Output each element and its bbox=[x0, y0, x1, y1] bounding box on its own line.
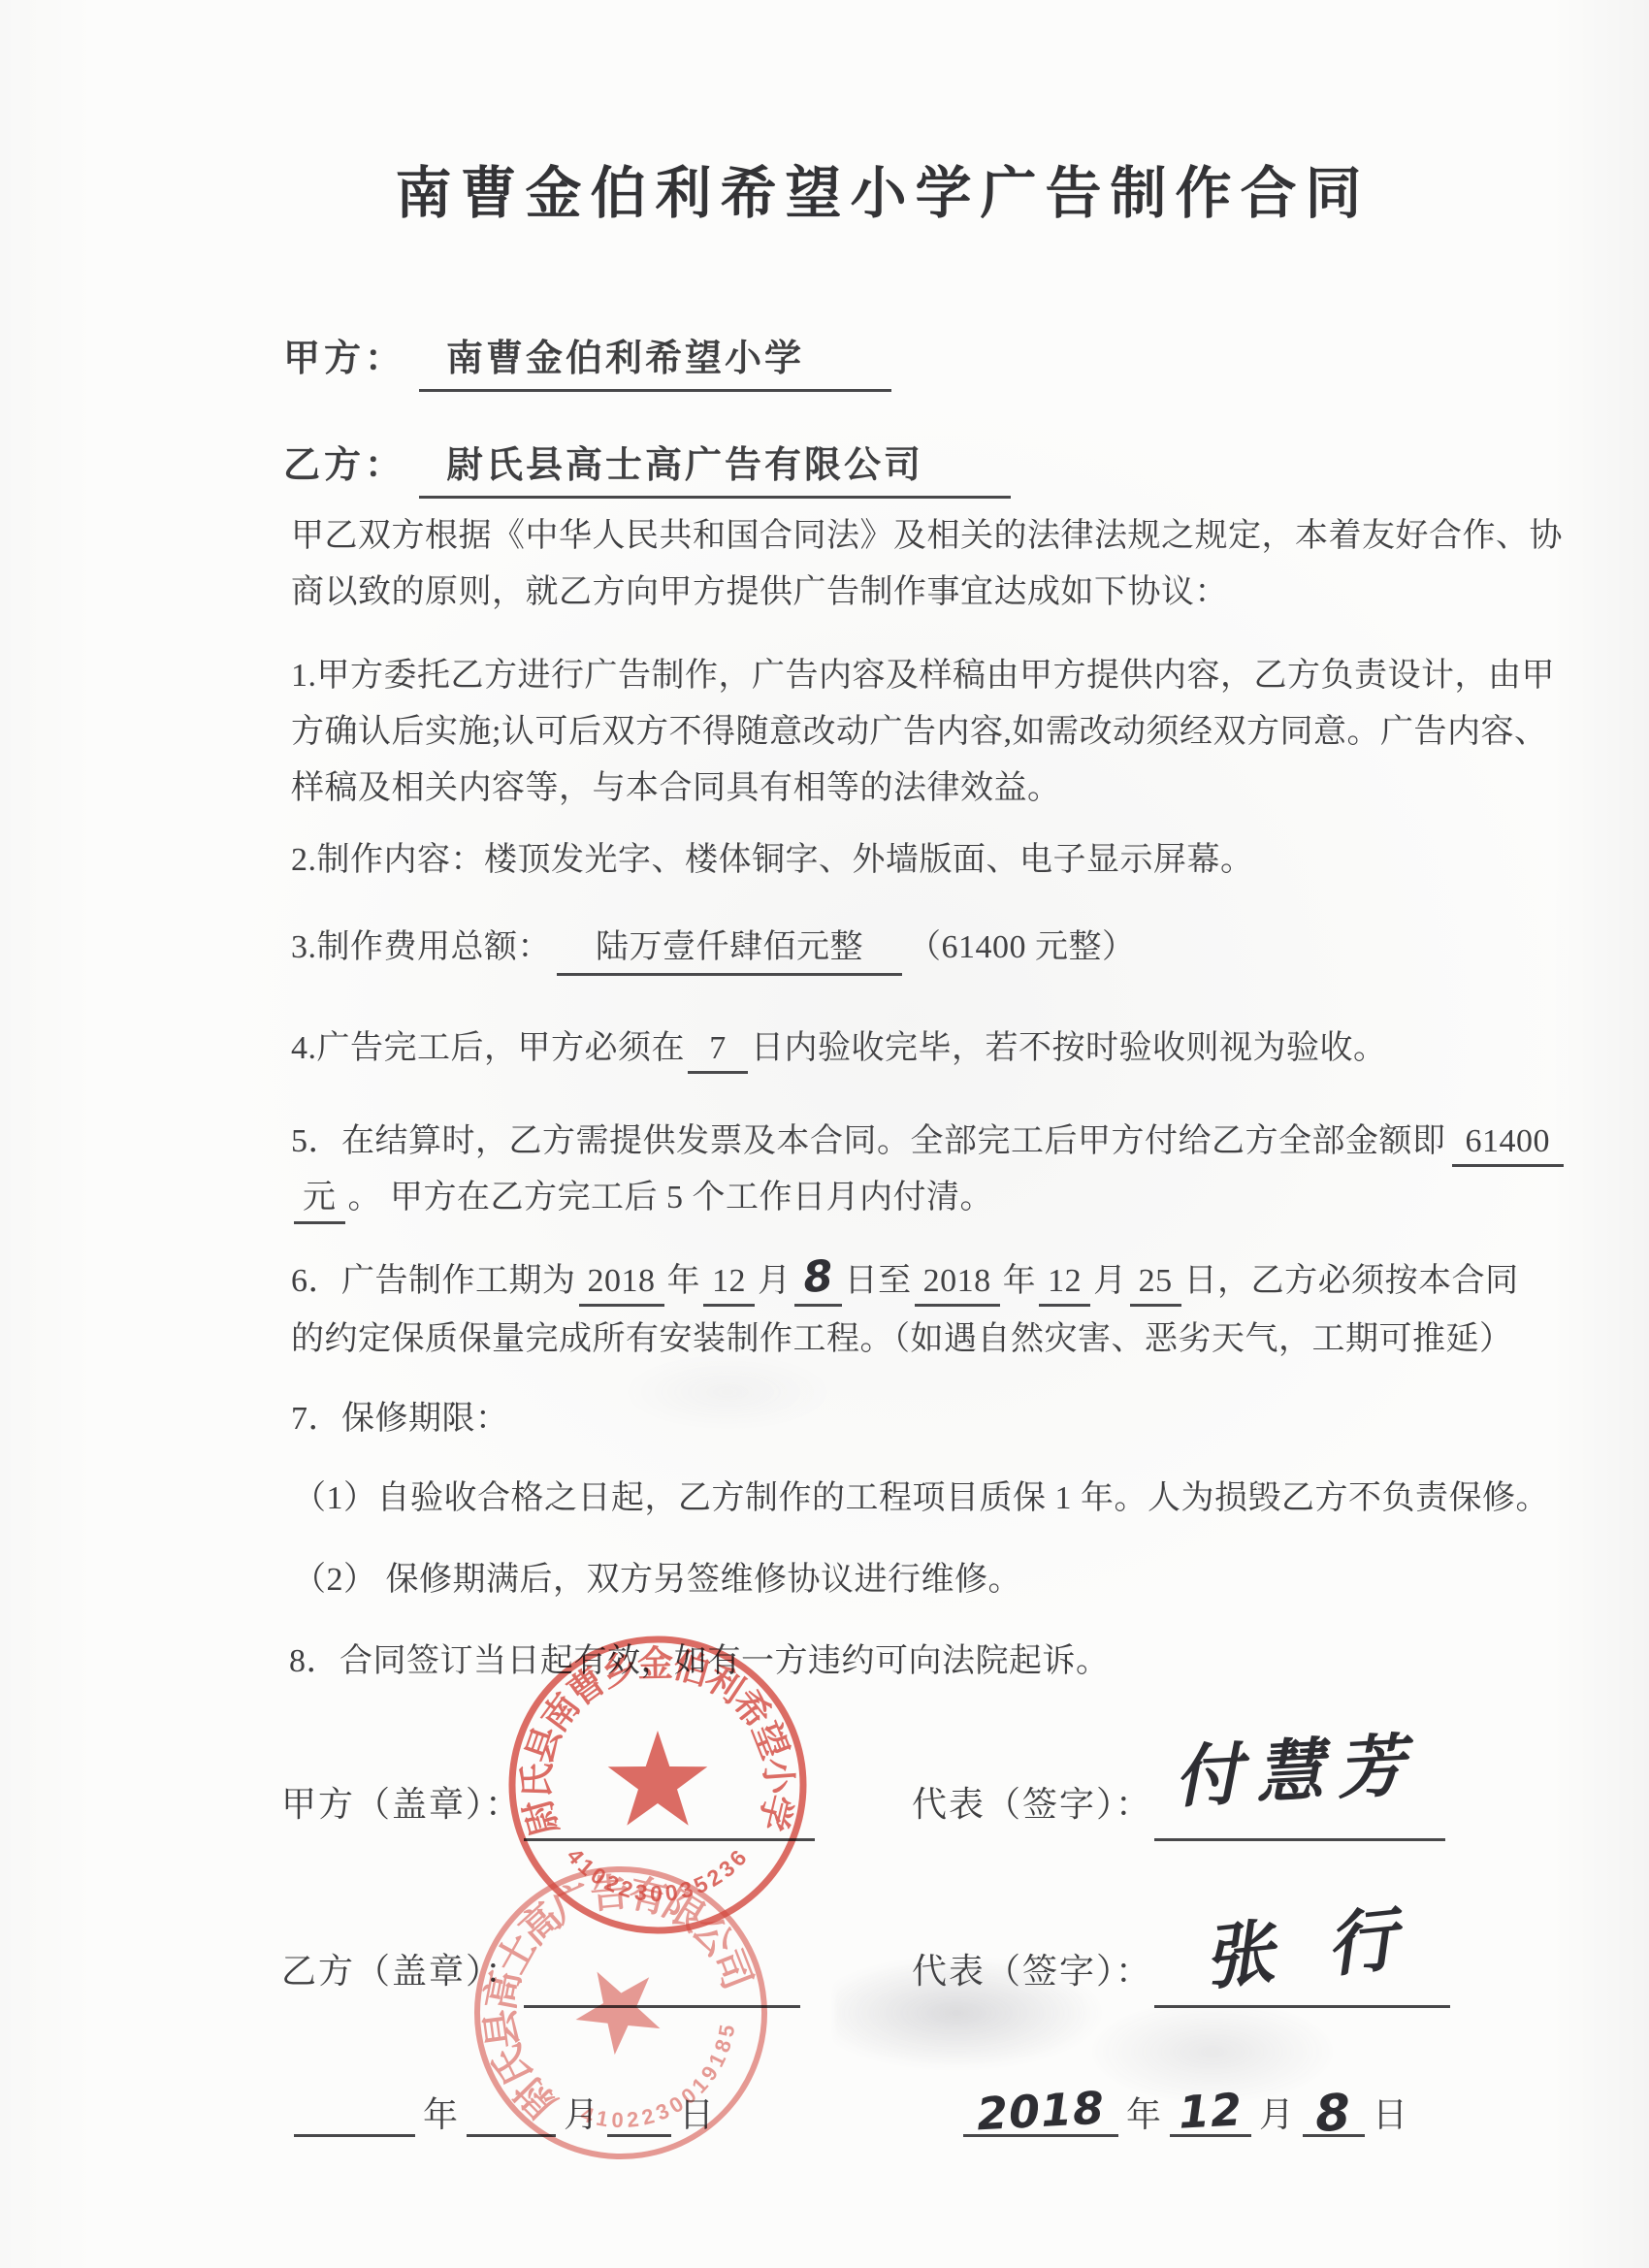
party-b-row: 乙方：尉氏县高士高广告有限公司 bbox=[283, 435, 1011, 499]
clause-6-start-day-handwritten: 8 bbox=[801, 1259, 834, 1296]
svg-text:4102230035236: 4102230035236 bbox=[562, 1843, 751, 1906]
party-b-label: 乙方： bbox=[283, 445, 405, 486]
date-month-handwritten: 12 bbox=[1178, 2090, 1244, 2133]
date-year-field: 2018 bbox=[963, 2091, 1118, 2137]
clause-7-heading: 7．保修期限： bbox=[291, 1391, 509, 1439]
intro-line-1: 甲乙双方根据《中华人民共和国合同法》及相关的法律法规之规定，本着友好合作、协 bbox=[291, 508, 1563, 556]
stamp-school-number: 4102230035236 bbox=[562, 1843, 751, 1906]
clause-6-month-label: 月 bbox=[758, 1263, 792, 1299]
clause-5-yuan: 元 bbox=[294, 1170, 345, 1224]
blank-month-field bbox=[467, 2091, 556, 2137]
party-a-value: 南曹金伯利希望小学 bbox=[419, 328, 891, 392]
blank-year-label: 年 bbox=[423, 2095, 459, 2134]
clause-4-days: 7 bbox=[688, 1030, 748, 1074]
date-blank-row: 年月日 bbox=[286, 2088, 715, 2137]
clause-7-item-1: （1）自验收合格之日起，乙方制作的工程项目质保 1 年。人为损毁乙方不负责保修。 bbox=[293, 1471, 1549, 1518]
date-month-label: 月 bbox=[1259, 2095, 1295, 2134]
clause-3: 3.制作费用总额：陆万壹仟肆佰元整（61400 元整） bbox=[291, 920, 1136, 976]
clause-6-line-2: 的约定保质保量完成所有安装制作工程。（如遇自然灾害、恶劣天气，工期可推延） bbox=[291, 1312, 1513, 1359]
clause-3-paren: （61400 元整） bbox=[908, 929, 1136, 965]
clause-7-item-2: （2） 保修期满后，双方另签维修协议进行维修。 bbox=[293, 1552, 1021, 1600]
clause-5-line-2: 元。 甲方在乙方完工后 5 个工作日月内付清。 bbox=[291, 1170, 993, 1224]
clause-1-line-2: 方确认后实施;认可后双方不得随意改动广告内容,如需改动须经双方同意。广告内容、 bbox=[291, 704, 1547, 752]
party-b-seal-blank bbox=[524, 1966, 800, 2008]
clause-8: 8．合同签订当日起有效，如有一方违约可向法院起诉。 bbox=[289, 1634, 1110, 1681]
clause-3-label: 3.制作费用总额： bbox=[291, 929, 551, 965]
clause-5-amount: 61400 bbox=[1452, 1123, 1565, 1167]
scan-smudge bbox=[621, 1353, 834, 1431]
stamp-school: 尉氏县南曹乡金伯利希望小学 4102230035236 bbox=[512, 1639, 803, 1930]
clause-6-end-day: 25 bbox=[1130, 1263, 1181, 1307]
blank-day-label: 日 bbox=[679, 2095, 715, 2134]
clause-6-to-label: 日至 bbox=[845, 1263, 912, 1299]
clause-6-start-day: 8 bbox=[794, 1260, 842, 1307]
date-year-label: 年 bbox=[1126, 2095, 1162, 2134]
clause-5-pre: 5．在结算时，乙方需提供发票及本合同。全部完工后甲方付给乙方全部金额即 bbox=[291, 1123, 1446, 1159]
clause-2: 2.制作内容：楼顶发光字、楼体铜字、外墙版面、电子显示屏幕。 bbox=[291, 832, 1254, 880]
contract-title: 南曹金伯利希望小学广告制作合同 bbox=[0, 147, 1649, 229]
clause-6-start-month: 12 bbox=[703, 1263, 755, 1307]
party-a-label: 甲方： bbox=[283, 339, 405, 379]
party-b-value: 尉氏县高士高广告有限公司 bbox=[419, 435, 1011, 499]
blank-day-field bbox=[607, 2091, 671, 2137]
date-year-handwritten: 2018 bbox=[976, 2089, 1106, 2135]
date-day-label: 日 bbox=[1373, 2095, 1408, 2134]
date-filled-row: 2018年12月8日 bbox=[955, 2088, 1408, 2137]
blank-year-field bbox=[294, 2091, 415, 2137]
party-a-rep-label: 代表（签字）： bbox=[912, 1777, 1152, 1827]
stamp-company: 尉氏县高士高广告有限公司 4102230019185 bbox=[425, 1817, 817, 2209]
party-b-seal-label: 乙方（盖章）： bbox=[281, 1944, 522, 1993]
party-a-seal-label: 甲方（盖章）： bbox=[281, 1777, 522, 1827]
clause-5-post: 。 甲方在乙方完工后 5 个工作日月内付清。 bbox=[348, 1180, 994, 1215]
clause-5-line-1: 5．在结算时，乙方需提供发票及本合同。全部完工后甲方付给乙方全部金额即61400 bbox=[291, 1114, 1564, 1167]
blank-month-label: 月 bbox=[564, 2095, 599, 2134]
intro-line-2: 商以致的原则，就乙方向甲方提供广告制作事宜达成如下协议： bbox=[291, 565, 1228, 612]
party-a-row: 甲方：南曹金伯利希望小学 bbox=[283, 328, 891, 392]
clause-3-amount: 陆万壹仟肆佰元整 bbox=[557, 920, 902, 976]
clause-1-line-3: 样稿及相关内容等，与本合同具有相等的法律效益。 bbox=[291, 761, 1061, 808]
clause-6-month2-label: 月 bbox=[1093, 1263, 1127, 1299]
clause-6-end-month: 12 bbox=[1039, 1263, 1090, 1307]
clause-6-end-year: 2018 bbox=[915, 1263, 1000, 1307]
party-a-rep-signature: 付慧芳 bbox=[1172, 1710, 1421, 1821]
clause-4-pre: 4.广告完工后，甲方必须在 bbox=[291, 1030, 685, 1066]
clause-6-year-label: 年 bbox=[667, 1263, 701, 1299]
party-a-seal-blank bbox=[524, 1799, 815, 1841]
clause-6-tail: 日，乙方必须按本合同 bbox=[1184, 1263, 1519, 1299]
clause-4: 4.广告完工后，甲方必须在7日内验收完毕，若不按时验收则视为验收。 bbox=[291, 1021, 1387, 1074]
date-month-field: 12 bbox=[1170, 2091, 1251, 2137]
clause-4-post: 日内验收完毕，若不按时验收则视为验收。 bbox=[751, 1030, 1387, 1066]
clause-6-line-1: 6．广告制作工期为2018年12月8日至2018年12月25日，乙方必须按本合同 bbox=[291, 1253, 1519, 1307]
clause-6-pre: 6．广告制作工期为 bbox=[291, 1263, 576, 1299]
clause-1-line-1: 1.甲方委托乙方进行广告制作，广告内容及样稿由甲方提供内容，乙方负责设计，由甲 bbox=[291, 648, 1555, 696]
party-b-rep-label: 代表（签字）： bbox=[912, 1944, 1152, 1993]
clause-6-year2-label: 年 bbox=[1003, 1263, 1037, 1299]
date-day-handwritten: 8 bbox=[1314, 2090, 1353, 2138]
scanned-contract-page: 南曹金伯利希望小学广告制作合同 甲方：南曹金伯利希望小学 乙方：尉氏县高士高广告… bbox=[0, 0, 1649, 2268]
clause-6-start-year: 2018 bbox=[579, 1263, 664, 1307]
date-day-field: 8 bbox=[1303, 2091, 1365, 2137]
